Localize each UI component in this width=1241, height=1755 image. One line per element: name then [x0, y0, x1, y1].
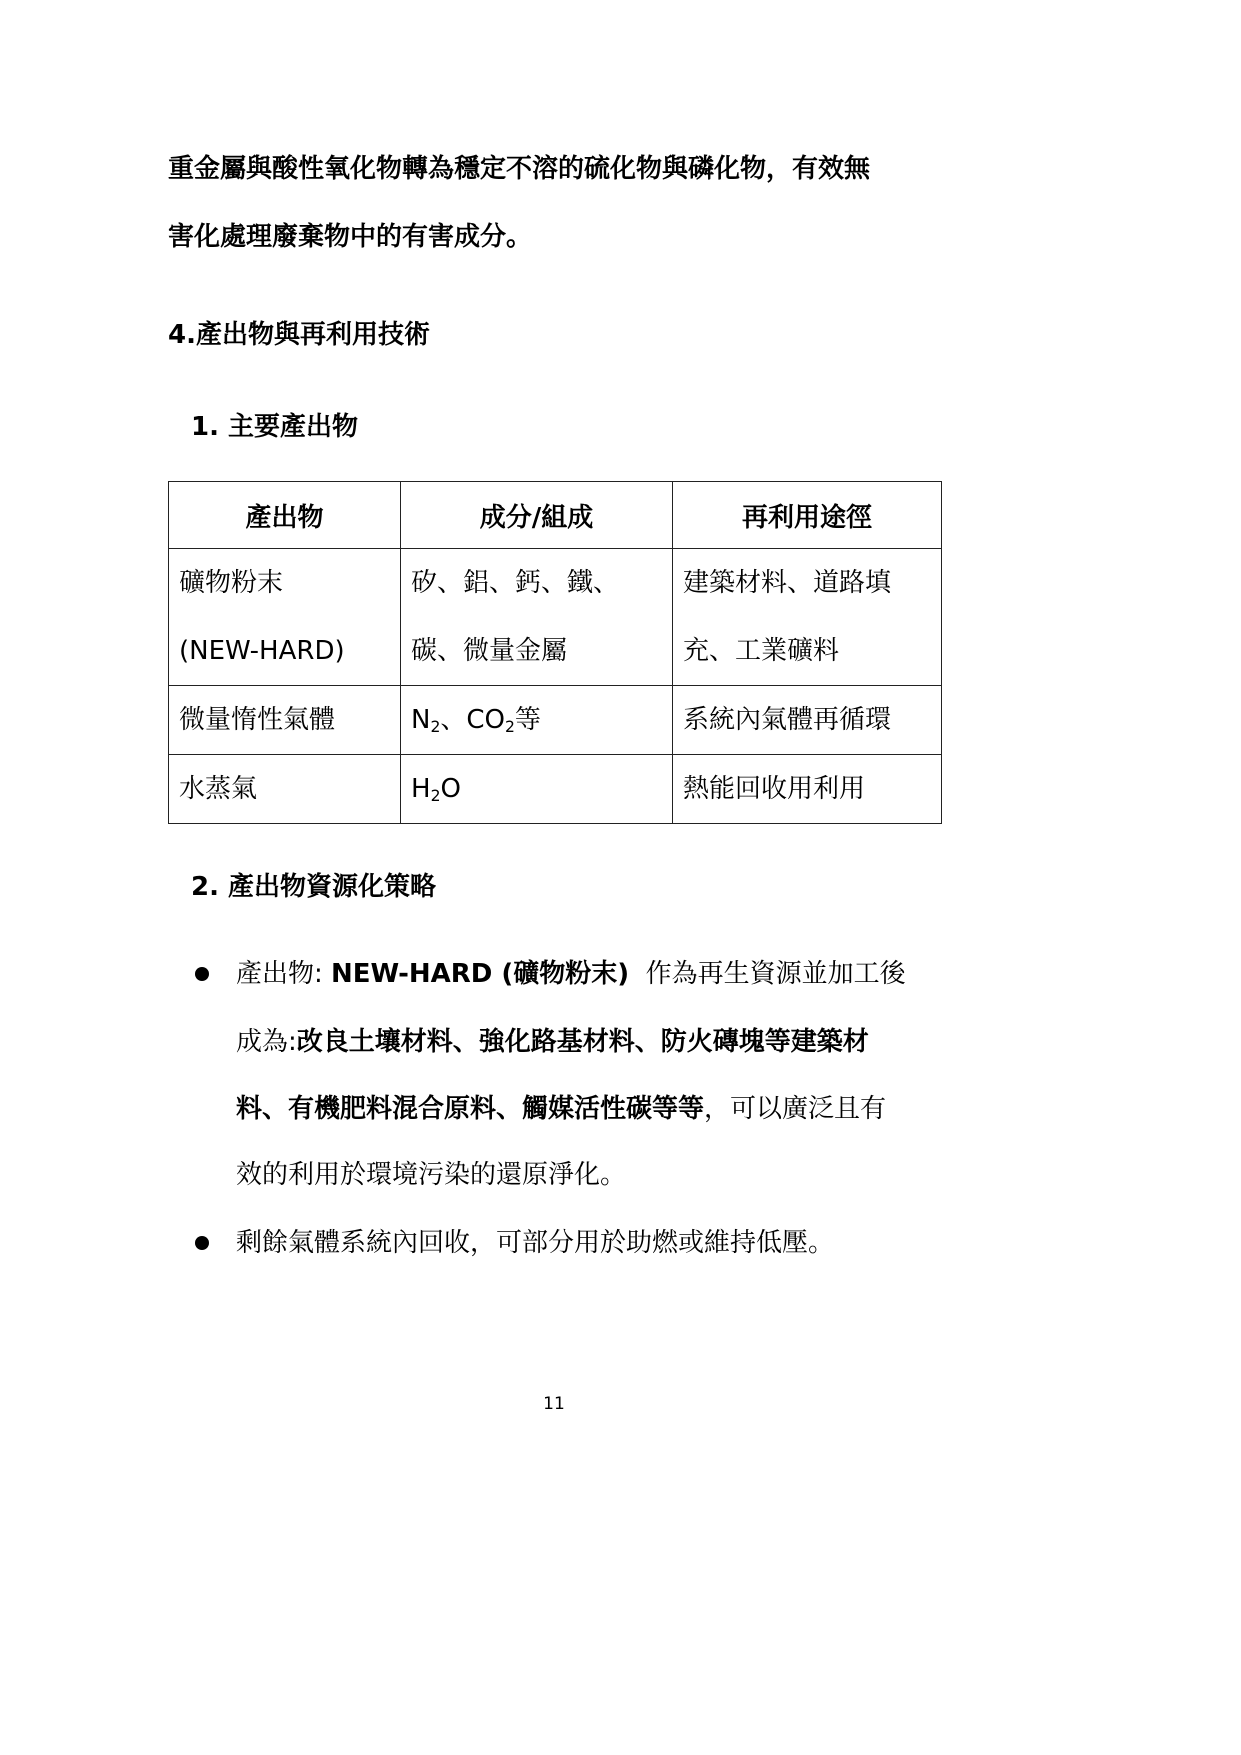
outputs-table: 產出物 成分/組成 再利用途徑 礦物粉末 (NEW-HARD) 矽、鋁、鈣、鐵、… — [168, 481, 942, 824]
formula-tail: 等 — [515, 705, 541, 735]
table-cell-reuse: 系統內氣體再循環 — [673, 686, 942, 755]
intro-paragraph-line-2: 害化處理廢棄物中的有害成分。 — [168, 222, 532, 252]
bullet-1-line-1: 產出物: NEW-HARD (礦物粉末) 作為再生資源並加工後 — [236, 959, 906, 989]
page-number: 11 — [0, 1394, 1108, 1414]
bullet-icon — [195, 1236, 209, 1250]
intro-paragraph-line-1: 重金屬與酸性氧化物轉為穩定不溶的硫化物與磷化物，有效無 — [168, 154, 870, 184]
table-cell-reuse: 建築材料、道路填 充、工業礦料 — [673, 549, 942, 686]
table-cell-product: 礦物粉末 (NEW-HARD) — [169, 549, 401, 686]
table-header-row: 產出物 成分/組成 再利用途徑 — [169, 482, 942, 549]
table-cell-composition: H2O — [401, 755, 673, 824]
cell-line: 微量惰性氣體 — [179, 686, 390, 754]
cell-line: 熱能回收用利用 — [683, 755, 931, 823]
table-cell-product: 微量惰性氣體 — [169, 686, 401, 755]
formula-n: N — [411, 705, 430, 735]
table-cell-composition: N2、CO2等 — [401, 686, 673, 755]
table-cell-product: 水蒸氣 — [169, 755, 401, 824]
table-cell-composition: 矽、鋁、鈣、鐵、 碳、微量金屬 — [401, 549, 673, 686]
subsection-heading-main-outputs: 1. 主要產出物 — [191, 406, 358, 443]
formula-h: H — [411, 774, 431, 804]
text-bold: NEW-HARD (礦物粉末) — [331, 959, 629, 989]
cell-line: 建築材料、道路填 — [683, 549, 931, 617]
subscript: 2 — [505, 718, 515, 736]
cell-line: 充、工業礦料 — [683, 617, 931, 685]
subscript: 2 — [430, 718, 440, 736]
bullet-1-line-3: 料、有機肥料混合原料、觸媒活性碳等等，可以廣泛且有 — [236, 1094, 886, 1124]
subsection-heading-strategy: 2. 產出物資源化策略 — [191, 866, 436, 903]
text: 成為: — [236, 1027, 297, 1057]
bullet-2-line-1: 剩餘氣體系統內回收，可部分用於助燃或維持低壓。 — [236, 1228, 834, 1258]
table-header-product: 產出物 — [169, 482, 401, 549]
bullet-1-line-2: 成為:改良土壤材料、強化路基材料、防火磚塊等建築材 — [236, 1027, 869, 1057]
formula-o: O — [440, 774, 460, 804]
formula-co: 、CO — [440, 705, 505, 735]
cell-line: 系統內氣體再循環 — [683, 686, 931, 754]
text-bold: 改良土壤材料、強化路基材料、防火磚塊等建築材 — [297, 1027, 869, 1057]
cell-line: H2O — [411, 755, 662, 823]
table-cell-reuse: 熱能回收用利用 — [673, 755, 942, 824]
subscript: 2 — [431, 787, 441, 805]
text: 作為再生資源並加工後 — [629, 959, 906, 989]
cell-line: (NEW-HARD) — [179, 617, 390, 685]
text: 產出物: — [236, 959, 331, 989]
cell-line: 水蒸氣 — [179, 755, 390, 823]
text-bold: 料、有機肥料混合原料、觸媒活性碳等等 — [236, 1094, 704, 1124]
bullet-1-line-4: 效的利用於環境污染的還原淨化。 — [236, 1160, 626, 1190]
cell-line: 矽、鋁、鈣、鐵、 — [411, 549, 662, 617]
text: ，可以廣泛且有 — [704, 1094, 886, 1124]
bullet-icon — [195, 967, 209, 981]
table-row: 礦物粉末 (NEW-HARD) 矽、鋁、鈣、鐵、 碳、微量金屬 建築材料、道路填… — [169, 549, 942, 686]
section-heading: 4.產出物與再利用技術 — [168, 314, 430, 351]
table-header-reuse: 再利用途徑 — [673, 482, 942, 549]
cell-line: 礦物粉末 — [179, 549, 390, 617]
cell-line: N2、CO2等 — [411, 686, 662, 754]
table-row: 水蒸氣 H2O 熱能回收用利用 — [169, 755, 942, 824]
table-header-composition: 成分/組成 — [401, 482, 673, 549]
table-row: 微量惰性氣體 N2、CO2等 系統內氣體再循環 — [169, 686, 942, 755]
cell-line: 碳、微量金屬 — [411, 617, 662, 685]
